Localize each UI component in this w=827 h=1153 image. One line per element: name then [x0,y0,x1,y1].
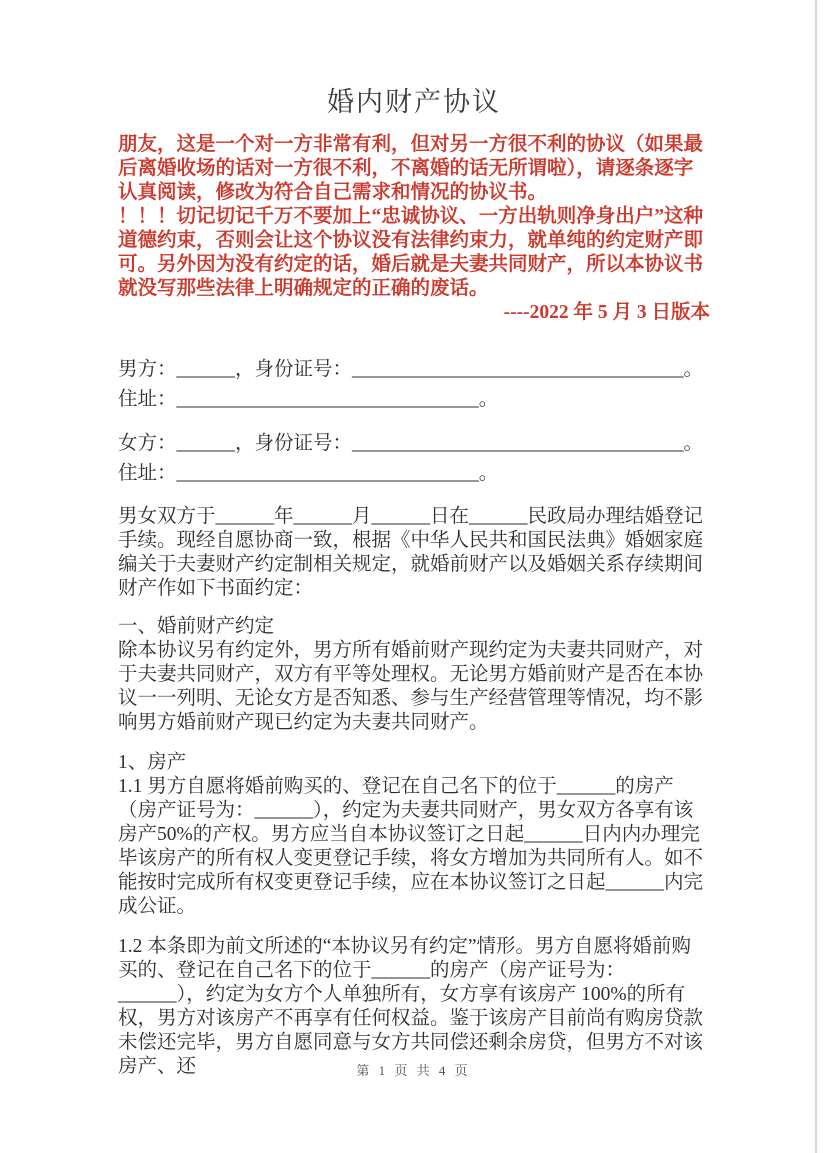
warning-paragraph-2: ！！！切记切记千万不要加上“忠诚协议、一方出轨则净身出户”这种道德约束，否则会让… [118,205,710,301]
parties-section: 男方：______，身份证号：_________________________… [118,355,710,489]
clause-housing-section: 1、房产 1.1 男方自愿将婚前购买的、登记在自己名下的位于______的房产（… [118,751,710,1079]
page-number-footer: 第 1 页 共 4 页 [0,1060,827,1079]
female-party-block: 女方：______，身份证号：_________________________… [118,429,710,489]
intro-paragraph: 男女双方于______年______月______日在______民政局办理结婚… [118,505,710,601]
male-address-line: 住址：_______________________________。 [118,385,710,415]
warning-paragraph-1: 朋友，这是一个对一方非常有利，但对另一方很不利的协议（如果最后离婚收场的话对一方… [118,133,710,205]
clause-1-1-paragraph: 1.1 男方自愿将婚前购买的、登记在自己名下的位于______的房产（房产证号为… [118,775,710,919]
page-edge-line [815,0,817,1153]
female-name-id-line: 女方：______，身份证号：_________________________… [118,429,710,459]
clause-1-2-paragraph: 1.2 本条即为前文所述的“本协议另有约定”情形。男方自愿将婚前购买的、登记在自… [118,935,710,1079]
version-date-line: ----2022 年 5 月 3 日版本 [118,301,710,325]
housing-heading: 1、房产 [118,751,710,775]
page-content: 婚内财产协议 朋友，这是一个对一方非常有利，但对另一方很不利的协议（如果最后离婚… [0,0,827,1079]
section-premarital-property: 一、婚前财产约定 除本协议另有约定外，男方所有婚前财产现约定为夫妻共同财产，对于… [118,615,710,735]
section-one-heading: 一、婚前财产约定 [118,615,710,639]
warning-notice: 朋友，这是一个对一方非常有利，但对另一方很不利的协议（如果最后离婚收场的话对一方… [118,133,710,325]
male-party-block: 男方：______，身份证号：_________________________… [118,355,710,415]
agreement-document-page: 婚内财产协议 朋友，这是一个对一方非常有利，但对另一方很不利的协议（如果最后离婚… [0,0,827,1153]
section-one-body: 除本协议另有约定外，男方所有婚前财产现约定为夫妻共同财产，对于夫妻共同财产，双方… [118,639,710,735]
female-address-line: 住址：_______________________________。 [118,459,710,489]
male-name-id-line: 男方：______，身份证号：_________________________… [118,355,710,385]
document-title: 婚内财产协议 [118,80,710,119]
